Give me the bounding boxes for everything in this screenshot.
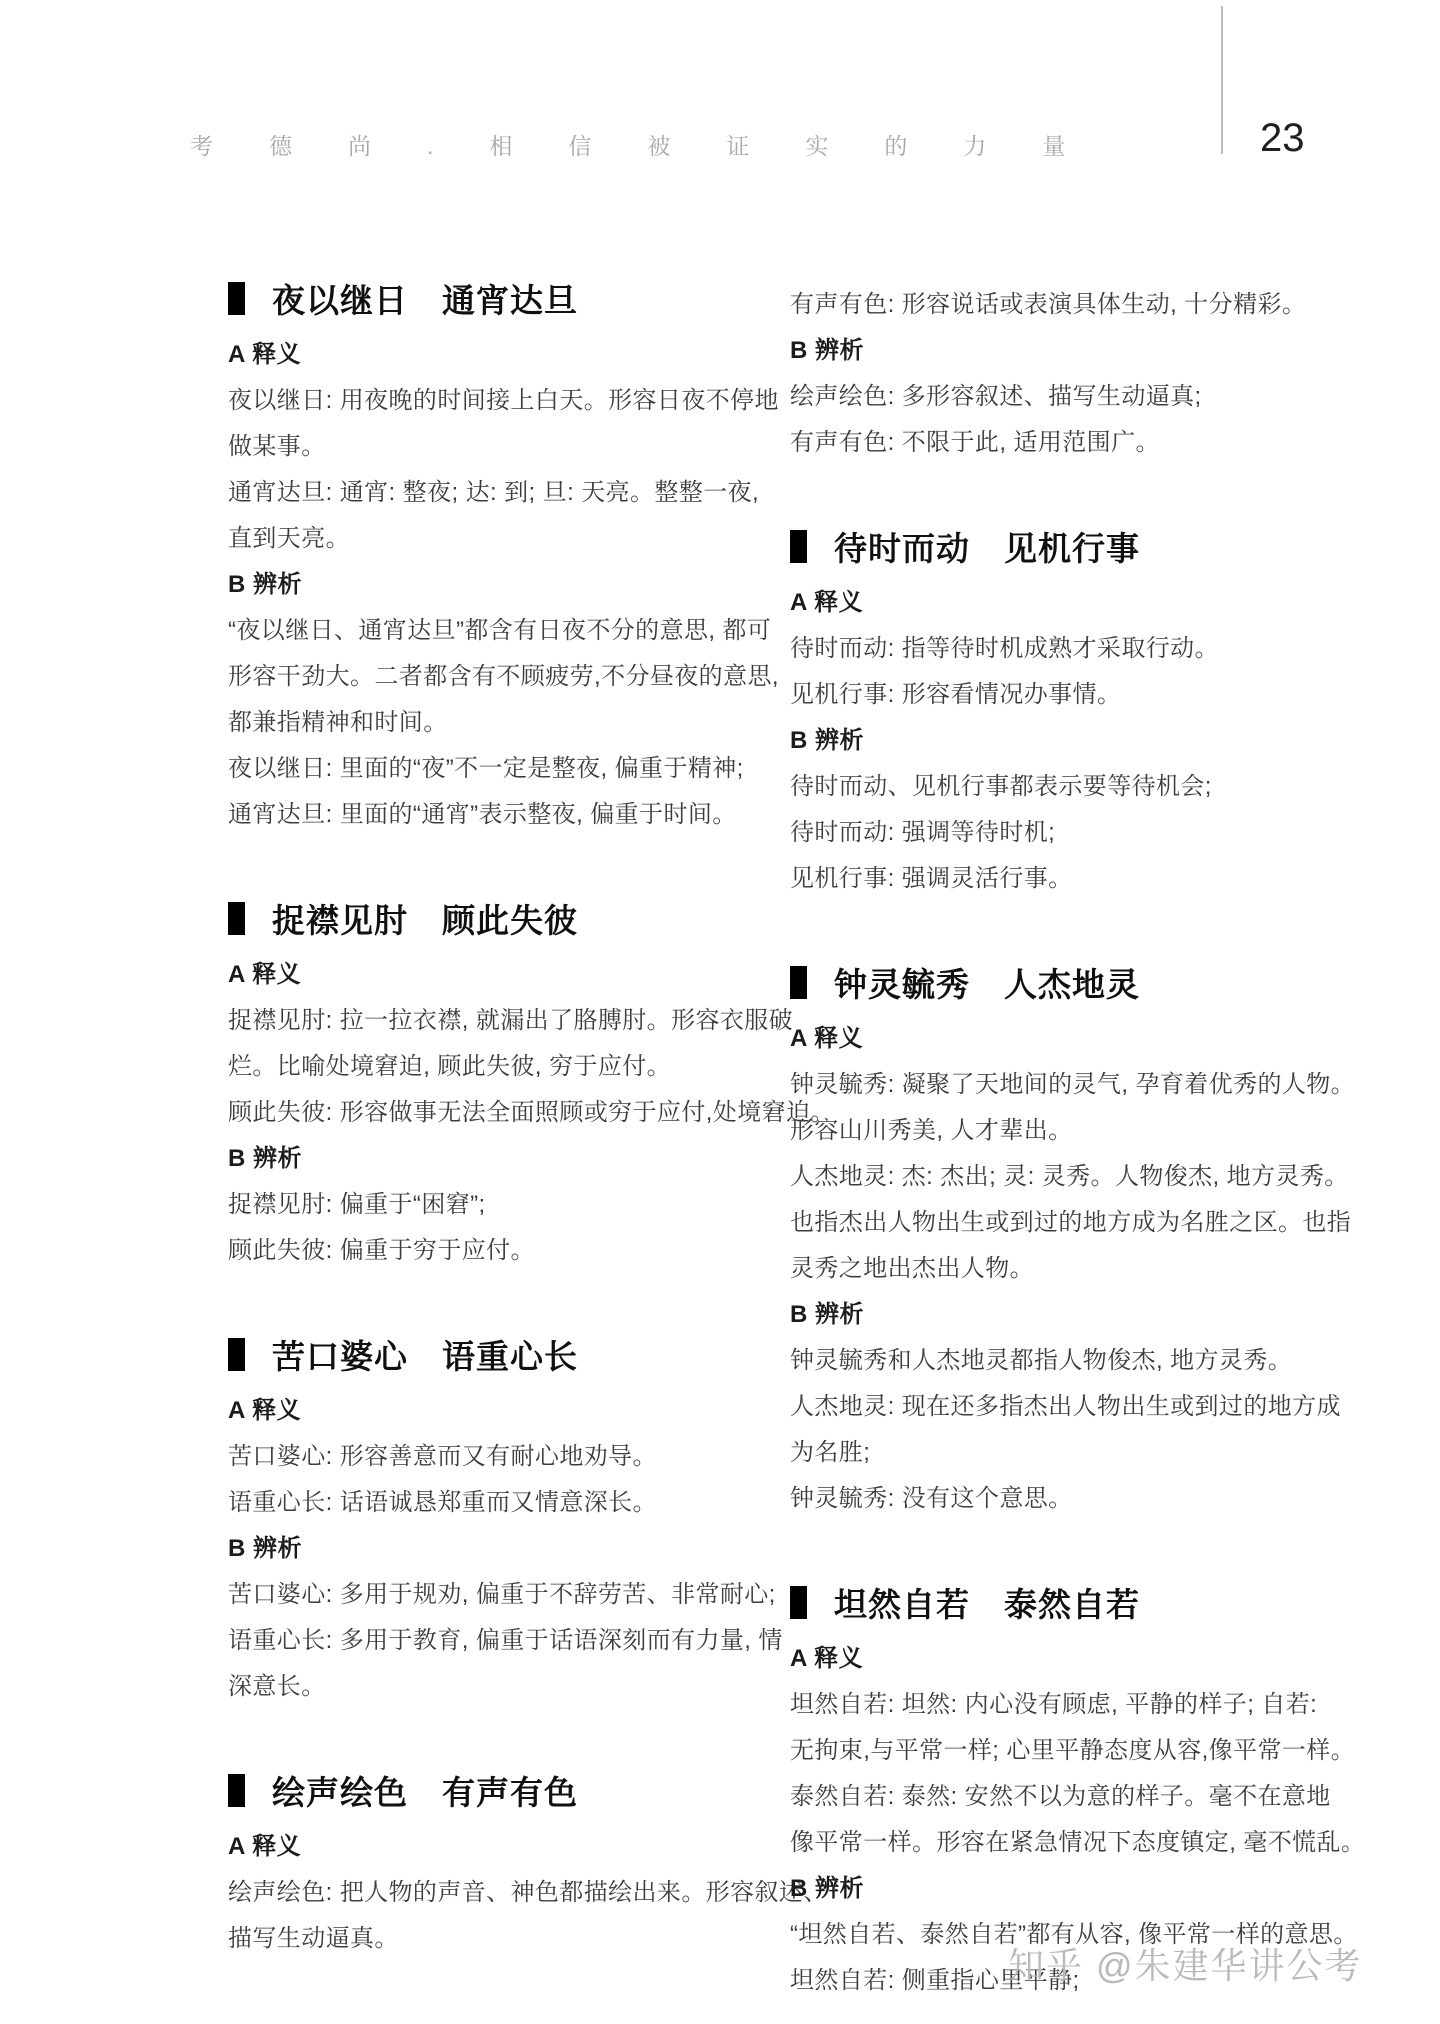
text-line: 形容干劲大。二者都含有不顾疲劳,不分昼夜的意思, — [228, 654, 828, 700]
text-line: 待时而动: 指等待时机成熟才采取行动。 — [790, 626, 1390, 672]
section-title-text: 钟灵毓秀 人杰地灵 — [834, 959, 1140, 1006]
header-brand-slogan: 考德尚.相信被证实的力量 — [190, 128, 1121, 161]
sub-heading: B 辨析 — [790, 1866, 1390, 1912]
section-title-text: 坦然自若 泰然自若 — [834, 1579, 1140, 1626]
title-marker-bar-icon — [228, 902, 245, 935]
text-line: 像平常一样。形容在紧急情况下态度镇定, 毫不慌乱。 — [790, 1820, 1390, 1866]
sub-heading: A 释义 — [228, 952, 828, 998]
text-line: “夜以继日、通宵达旦”都含有日夜不分的意思, 都可 — [228, 608, 828, 654]
watermark-text: 知乎 @朱建华讲公考 — [1008, 1938, 1363, 1989]
title-marker-bar-icon — [790, 966, 807, 999]
text-line: 见机行事: 强调灵活行事。 — [790, 856, 1390, 902]
text-line: 都兼指精神和时间。 — [228, 700, 828, 746]
text-line: 待时而动、见机行事都表示要等待机会; — [790, 764, 1390, 810]
text-line: 烂。比喻处境窘迫, 顾此失彼, 穷于应付。 — [228, 1044, 828, 1090]
text-line: 夜以继日: 用夜晚的时间接上白天。形容日夜不停地 — [228, 378, 828, 424]
text-line: 灵秀之地出杰出人物。 — [790, 1246, 1390, 1292]
sub-heading: B 辨析 — [790, 328, 1390, 374]
right-column: 有声有色: 形容说话或表演具体生动, 十分精彩。B 辨析绘声绘色: 多形容叙述、… — [790, 282, 1390, 2004]
sub-heading: B 辨析 — [228, 562, 828, 608]
text-line: 有声有色: 不限于此, 适用范围广。 — [790, 420, 1390, 466]
sub-heading: B 辨析 — [790, 718, 1390, 764]
sub-heading: B 辨析 — [228, 1526, 828, 1572]
section-title-text: 待时而动 见机行事 — [834, 523, 1140, 570]
text-line: 直到天亮。 — [228, 516, 828, 562]
sub-heading: A 释义 — [790, 580, 1390, 626]
section-title: 绘声绘色 有声有色 — [228, 1764, 828, 1816]
text-line: 有声有色: 形容说话或表演具体生动, 十分精彩。 — [790, 282, 1390, 328]
left-column: 夜以继日 通宵达旦A 释义夜以继日: 用夜晚的时间接上白天。形容日夜不停地做某事… — [228, 272, 828, 1962]
text-line: 为名胜; — [790, 1430, 1390, 1476]
text-line: 通宵达旦: 通宵: 整夜; 达: 到; 旦: 天亮。整整一夜, — [228, 470, 828, 516]
title-marker-bar-icon — [228, 282, 245, 315]
text-line: 夜以继日: 里面的“夜”不一定是整夜, 偏重于精神; — [228, 746, 828, 792]
sub-heading: A 释义 — [790, 1636, 1390, 1682]
text-line: 钟灵毓秀: 没有这个意思。 — [790, 1476, 1390, 1522]
text-line: 钟灵毓秀: 凝聚了天地间的灵气, 孕育着优秀的人物。 — [790, 1062, 1390, 1108]
text-line: 绘声绘色: 把人物的声音、神色都描绘出来。形容叙述、 — [228, 1870, 828, 1916]
title-marker-bar-icon — [790, 1586, 807, 1619]
text-line: 待时而动: 强调等待时机; — [790, 810, 1390, 856]
text-line: 通宵达旦: 里面的“通宵”表示整夜, 偏重于时间。 — [228, 792, 828, 838]
text-line: 也指杰出人物出生或到过的地方成为名胜之区。也指 — [790, 1200, 1390, 1246]
section-title: 夜以继日 通宵达旦 — [228, 272, 828, 324]
sub-heading: A 释义 — [228, 1388, 828, 1434]
page-number: 23 — [1260, 116, 1305, 161]
text-line: 见机行事: 形容看情况办事情。 — [790, 672, 1390, 718]
section-title: 苦口婆心 语重心长 — [228, 1328, 828, 1380]
text-line: 捉襟见肘: 拉一拉衣襟, 就漏出了胳膊肘。形容衣服破 — [228, 998, 828, 1044]
text-line: 深意长。 — [228, 1664, 828, 1710]
text-line: 做某事。 — [228, 424, 828, 470]
section-title-text: 捉襟见肘 顾此失彼 — [272, 895, 578, 942]
text-line: 泰然自若: 泰然: 安然不以为意的样子。毫不在意地 — [790, 1774, 1390, 1820]
document-page: 考德尚.相信被证实的力量 23 夜以继日 通宵达旦A 释义夜以继日: 用夜晚的时… — [0, 0, 1440, 2024]
sub-heading: A 释义 — [228, 332, 828, 378]
text-line: 捉襟见肘: 偏重于“困窘”; — [228, 1182, 828, 1228]
text-line: 顾此失彼: 偏重于穷于应付。 — [228, 1228, 828, 1274]
section-title-text: 绘声绘色 有声有色 — [272, 1767, 578, 1814]
title-marker-bar-icon — [790, 530, 807, 563]
header-divider-line — [1221, 6, 1223, 154]
text-line: 钟灵毓秀和人杰地灵都指人物俊杰, 地方灵秀。 — [790, 1338, 1390, 1384]
text-line: 无拘束,与平常一样; 心里平静态度从容,像平常一样。 — [790, 1728, 1390, 1774]
text-line: 坦然自若: 坦然: 内心没有顾虑, 平静的样子; 自若: — [790, 1682, 1390, 1728]
text-line: 苦口婆心: 多用于规劝, 偏重于不辞劳苦、非常耐心; — [228, 1572, 828, 1618]
sub-heading: B 辨析 — [228, 1136, 828, 1182]
text-line: 绘声绘色: 多形容叙述、描写生动逼真; — [790, 374, 1390, 420]
text-line: 人杰地灵: 杰: 杰出; 灵: 灵秀。人物俊杰, 地方灵秀。 — [790, 1154, 1390, 1200]
section-title: 钟灵毓秀 人杰地灵 — [790, 956, 1390, 1008]
text-line: 形容山川秀美, 人才辈出。 — [790, 1108, 1390, 1154]
title-marker-bar-icon — [228, 1338, 245, 1371]
text-line: 语重心长: 多用于教育, 偏重于话语深刻而有力量, 情 — [228, 1618, 828, 1664]
title-marker-bar-icon — [228, 1774, 245, 1807]
section-title: 待时而动 见机行事 — [790, 520, 1390, 572]
section-title-text: 夜以继日 通宵达旦 — [272, 275, 578, 322]
section-title: 坦然自若 泰然自若 — [790, 1576, 1390, 1628]
text-line: 苦口婆心: 形容善意而又有耐心地劝导。 — [228, 1434, 828, 1480]
sub-heading: A 释义 — [790, 1016, 1390, 1062]
section-title-text: 苦口婆心 语重心长 — [272, 1331, 578, 1378]
text-line: 描写生动逼真。 — [228, 1916, 828, 1962]
sub-heading: A 释义 — [228, 1824, 828, 1870]
section-title: 捉襟见肘 顾此失彼 — [228, 892, 828, 944]
text-line: 顾此失彼: 形容做事无法全面照顾或穷于应付,处境窘迫。 — [228, 1090, 828, 1136]
text-line: 语重心长: 话语诚恳郑重而又情意深长。 — [228, 1480, 828, 1526]
text-line: 人杰地灵: 现在还多指杰出人物出生或到过的地方成 — [790, 1384, 1390, 1430]
sub-heading: B 辨析 — [790, 1292, 1390, 1338]
